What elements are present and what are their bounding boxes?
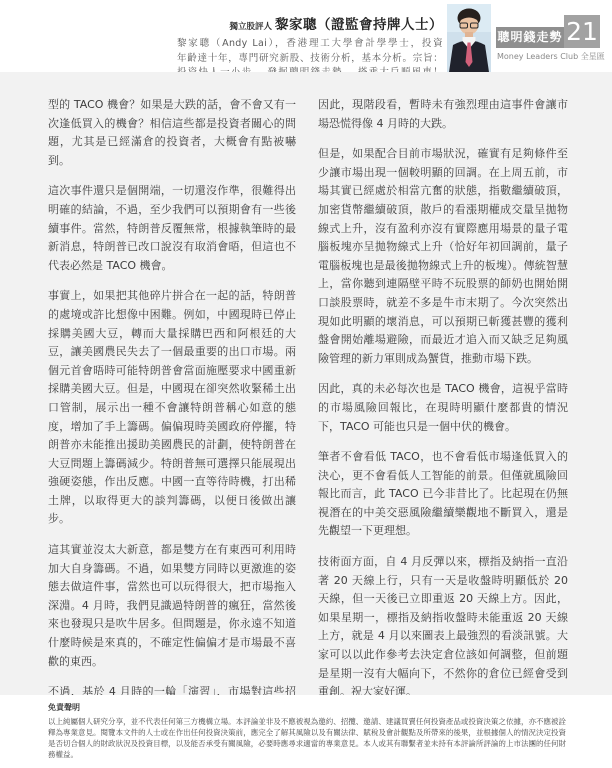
paragraph: 技術面方面，自 4 月反彈以來，標指及納指一直沿著 20 天線上行，只有一天是收…	[318, 553, 568, 702]
author-bio-line: 黎家聰（Andy Lai），香港理工大學會計學學士，投資	[177, 37, 443, 52]
portrait-illustration	[447, 4, 491, 79]
paragraph: 型的 TACO 機會？如果是大跌的話，會不會又有一次逢低買入的機會？相信這些都是…	[48, 96, 296, 170]
paragraph: 但是，如果配合目前市場狀況，確實有足夠條件至少讓市場出現一個較明顯的回調。在上周…	[318, 145, 568, 368]
column-title-badge: 聰明錢走勢	[496, 27, 564, 48]
author-bio-line: 年齡達十年，專門研究新股、技術分析，基本分析。宗旨：	[177, 52, 443, 67]
column-badge: 聰明錢走勢 21 Money Leaders Club 全星匯	[496, 14, 600, 62]
paragraph: 筆者不會看低 TACO，也不會看低市場逢低買入的決心，更不會看低人工智能的前景。…	[318, 448, 568, 541]
author-name: 黎家聰（證監會持牌人士）	[275, 17, 443, 33]
disclaimer-text: 以上純屬個人研究分享，並不代表任何第三方機構立場。本評論並非及不應被視為邀約、招…	[48, 716, 566, 760]
paragraph: 這次事件還只是個開端，一切還沒作準，很難得出明確的結論，不過，至少我們可以預期會…	[48, 182, 296, 275]
disclaimer-title: 免責聲明	[48, 702, 564, 713]
author-title-line: 獨立股評人黎家聰（證監會持牌人士）	[177, 13, 443, 33]
magazine-page: 獨立股評人黎家聰（證監會持牌人士） 黎家聰（Andy Lai），香港理工大學會計…	[0, 0, 612, 768]
author-block: 獨立股評人黎家聰（證監會持牌人士） 黎家聰（Andy Lai），香港理工大學會計…	[177, 13, 443, 81]
article-body: 型的 TACO 機會？如果是大跌的話，會不會又有一次逢低買入的機會？相信這些都是…	[0, 72, 612, 695]
author-portrait-photo	[447, 4, 491, 79]
column-subtitle: Money Leaders Club 全星匯	[497, 51, 607, 62]
paragraph: 因此，現階段看，暫時未有強烈理由這事件會讓市場恐慌得像 4 月時的大跌。	[318, 96, 568, 133]
article-column-left: 型的 TACO 機會？如果是大跌的話，會不會又有一次逢低買入的機會？相信這些都是…	[48, 96, 296, 695]
article-column-right: 因此，現階段看，暫時未有強烈理由這事件會讓市場恐慌得像 4 月時的大跌。 但是，…	[318, 96, 568, 695]
page-number-badge: 21	[564, 15, 600, 48]
paragraph: 因此，真的未必每次也是 TACO 機會，這視乎當時的市場風險回報比，在現時明顯什…	[318, 380, 568, 436]
page-header: 獨立股評人黎家聰（證監會持牌人士） 黎家聰（Andy Lai），香港理工大學會計…	[0, 0, 612, 72]
author-role-label: 獨立股評人	[229, 22, 272, 32]
page-footer: 免責聲明 以上純屬個人研究分享，並不代表任何第三方機構立場。本評論並非及不應被視…	[0, 695, 612, 768]
paragraph: 事實上，如果把其他碎片拼合在一起的話，特朗普的處境或許比想像中困難。例如，中國現…	[48, 287, 296, 529]
paragraph: 這其實並沒太大新意，都是雙方在有東西可利用時加大自身籌碼。不過，如果雙方同時以更…	[48, 541, 296, 671]
